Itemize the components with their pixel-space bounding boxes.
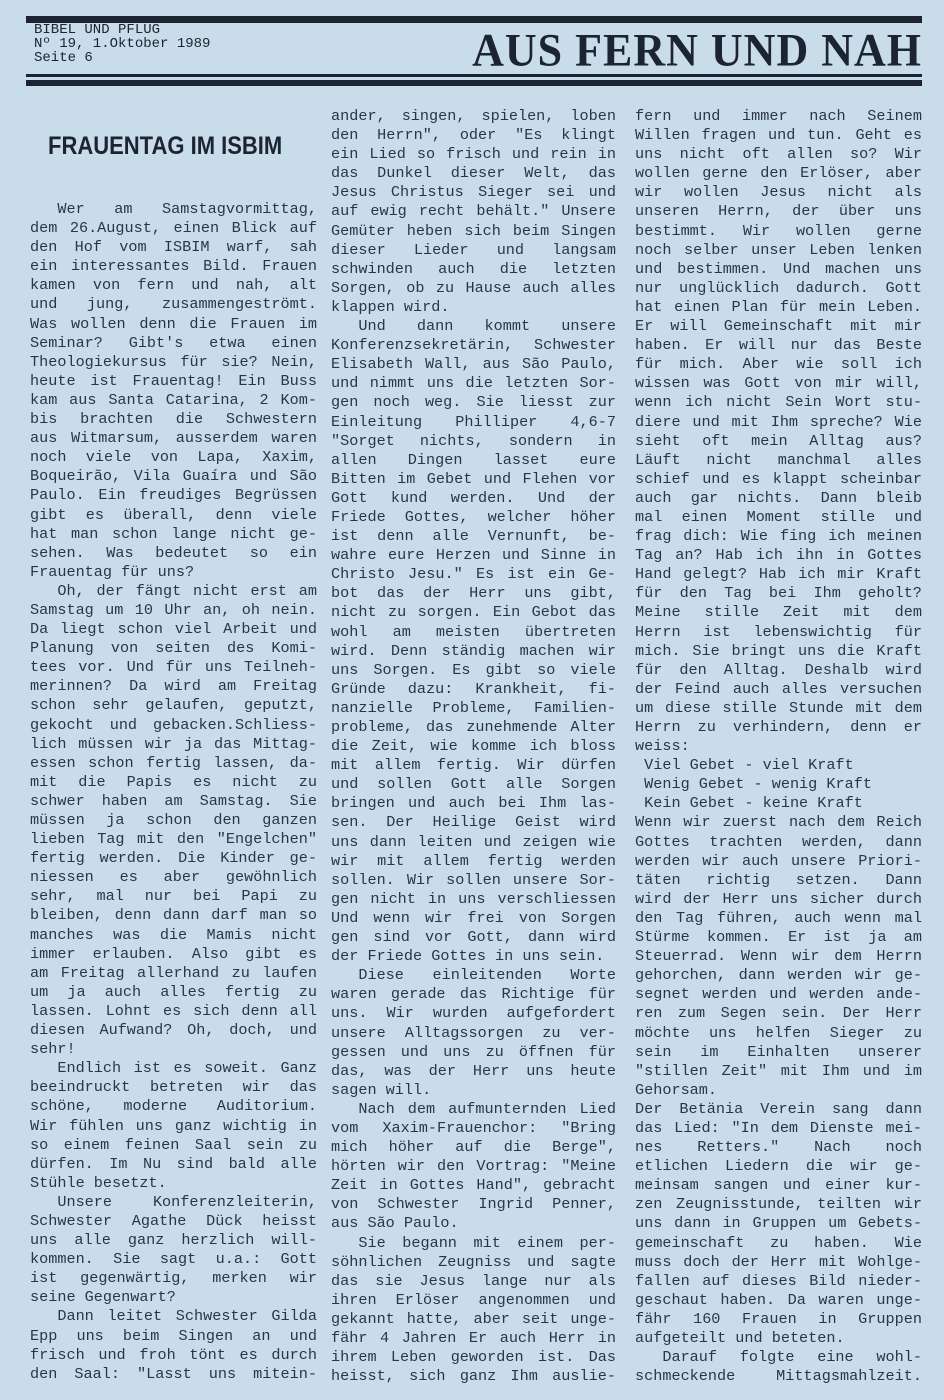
text-line: dieZeit,wiekommeichbloss — [331, 737, 616, 756]
text-line: gensindvorGott,dannwird — [331, 928, 616, 947]
masthead-info: BIBEL UND PFLUG Nº 19, 1.Oktober 1989 Se… — [34, 23, 210, 65]
text-line: bleiben,denndanndarfmanso — [30, 906, 317, 925]
text-line: aufewigrechtbehält."Unsere — [331, 202, 616, 221]
text-line: seine Gegenwart? — [30, 1288, 317, 1307]
text-line: amFreitagallerhandzulaufen — [30, 964, 317, 983]
text-line: nochselberunserLebenlenken — [635, 241, 922, 260]
text-line: fürdenAlltag.Deshalbwird — [635, 661, 922, 680]
text-line: einLiedsofrischundreinin — [331, 145, 616, 164]
text-line: DieseeinleitendenWorte — [331, 966, 616, 985]
text-line: WennwirzuerstnachdemReich — [635, 813, 922, 832]
text-line: ChristoJesu."EsisteinGe- — [331, 565, 616, 584]
text-line: MeinestilleZeitmitdem — [635, 603, 922, 622]
text-line: dem26.August,einenBlickauf — [30, 219, 317, 238]
text-line: Stürmekommen.Eristjaam — [635, 928, 922, 947]
text-line: probleme,daszunehmendeAlter — [331, 718, 616, 737]
text-line: Tagan?HabichihninGottes — [635, 546, 922, 565]
text-line: beeindrucktbetretenwirdas — [30, 1078, 317, 1097]
text-line: FriedeGottes,welcherhöher — [331, 508, 616, 527]
text-line: lassen.Lohntessichdennall — [30, 1002, 317, 1021]
text-line: Frauentag für uns? — [30, 563, 317, 582]
text-line: sollen.WirsollenunsereSor- — [331, 871, 616, 890]
text-line: mussdochderHerrmitWohlge- — [635, 1253, 922, 1272]
text-line: seinimEinhaltenunserer — [635, 1043, 922, 1062]
text-line: EinleitungPhilliper4,6-7 — [331, 413, 616, 432]
text-line: segnetwerdenundwerdenande- — [635, 985, 922, 1004]
text-line: fürmich.Aberwiesollich — [635, 355, 922, 374]
text-line: unsalleganzherzlichwill- — [30, 1231, 317, 1250]
text-line: maleinenMomentstilleund — [635, 508, 922, 527]
text-line: dasLied:"IndemDienstemei- — [635, 1119, 922, 1138]
text-line: mich.SiebringtunsdieKraft — [635, 642, 922, 661]
text-line: unsSorgen.Esgibtsoviele — [331, 661, 616, 680]
text-line: diereundmitIhmspreche?Wie — [635, 413, 922, 432]
text-line: wennichnichtSeinWortstu- — [635, 393, 922, 412]
text-line: nesRetters."Nachnoch — [635, 1138, 922, 1157]
text-line: allenDingenlasseteure — [331, 451, 616, 470]
text-line: "stillenZeit"mitIhmundim — [635, 1062, 922, 1081]
text-line: ihremLebengewordenist.Das — [331, 1348, 616, 1367]
text-line: Herrnistlebenswichtigfür — [635, 623, 922, 642]
text-line: Unddannkommtunsere — [331, 317, 616, 336]
publication-name: BIBEL UND PFLUG — [34, 23, 210, 37]
text-line: wirdderHerrunssicherdurch — [635, 890, 922, 909]
text-line: sehr,malnurbeiPapizu — [30, 887, 317, 906]
text-line: BittenimGebetundFlehenvor — [331, 470, 616, 489]
text-line: schmeckendeMittagsmahlzeit. — [635, 1367, 922, 1386]
text-line: vomXaxim-Frauenchor:"Bring — [331, 1119, 616, 1138]
text-line: ander,singen,spielen,loben — [331, 107, 616, 126]
text-line: Sorgen,obzuHauseauchalles — [331, 279, 616, 298]
text-line: Seminar?Gibt'setwaeinen — [30, 334, 317, 353]
text-line: derFeindauchallesversuchen — [635, 680, 922, 699]
issue-date: Nº 19, 1.Oktober 1989 — [34, 37, 210, 51]
text-line: wirwollenJesusnichtals — [635, 183, 922, 202]
text-line: WaswollendenndieFrauenim — [30, 315, 317, 334]
masthead-top-rule — [26, 16, 922, 23]
text-line: fähr4JahrenErauchHerrin — [331, 1329, 616, 1348]
text-line: Stühle besetzt. — [30, 1174, 317, 1193]
text-line: zenZeugnisstunde,teiltenwir — [635, 1195, 922, 1214]
text-line: müssenjaschondenganzen — [30, 811, 317, 830]
text-line: Samstagum10Uhran,ohnein. — [30, 601, 317, 620]
text-line: ElisabethWall,ausSãoPaulo, — [331, 355, 616, 374]
page-number: Seite 6 — [34, 51, 210, 65]
text-line: nanzielleProbleme,Familien- — [331, 699, 616, 718]
text-line: umdiesestilleStundemitdem — [635, 699, 922, 718]
text-line: unsereAlltagssorgenzuver- — [331, 1024, 616, 1043]
text-line: schwindenauchdieletzten — [331, 260, 616, 279]
text-line: ErwillGemeinschaftmitmir — [635, 317, 922, 336]
text-line: undnimmtunsdieletztenSor- — [331, 374, 616, 393]
text-line: SchwesterAgatheDückheisst — [30, 1212, 317, 1231]
text-line: Viel Gebet - viel Kraft — [635, 756, 922, 775]
text-line: fähr160FraueninGruppen — [635, 1310, 922, 1329]
text-line: mancheswasdieMamisnicht — [30, 926, 317, 945]
text-line: "Sorgetnichts,sondernin — [331, 432, 616, 451]
text-line: sen.DerHeiligeGeistwird — [331, 813, 616, 832]
text-line: etlichenLiederndiewirge- — [635, 1157, 922, 1176]
text-line: EppunsbeimSingenanund — [30, 1327, 317, 1346]
masthead-bottom-rule-thick — [26, 80, 922, 86]
text-line: sehen.Wasbedeutetsoein — [30, 544, 317, 563]
text-line: Kein Gebet - keine Kraft — [635, 794, 922, 813]
text-line: das,wasderHerrunsheute — [331, 1062, 616, 1081]
text-line: frischundfrohtöntesdurch — [30, 1346, 317, 1365]
text-line: Herrnzuverhindern,denner — [635, 718, 922, 737]
text-line: merinnen?DawirdamFreitag — [30, 677, 317, 696]
article-column-3: fernundimmernachSeinemWillenfragenundtun… — [635, 107, 922, 1386]
text-line: Gottkundwerden.Undder — [331, 489, 616, 508]
text-line: bestimmt.Wirwollengerne — [635, 222, 922, 241]
text-line: uns.Wirwurdenaufgefordert — [331, 1004, 616, 1023]
text-line: hatmanschonlangenichtge- — [30, 525, 317, 544]
text-line: JesusChristusSiegerseiund — [331, 183, 616, 202]
text-line: renzumSegensein.DerHerr — [635, 1004, 922, 1023]
text-line: soeinemfeinenSaalseinzu — [30, 1136, 317, 1155]
text-line: diesenAufwand?Oh,doch,und — [30, 1021, 317, 1040]
text-line: GemüterhebensichbeimSingen — [331, 222, 616, 241]
text-line: weiss: — [635, 737, 922, 756]
article-column-1: WeramSamstagvormittag,dem26.August,einen… — [30, 200, 317, 1384]
text-line: schonsehrgelaufen,geputzt, — [30, 696, 317, 715]
text-line: fragdich:Wiefingichmeinen — [635, 527, 922, 546]
text-line: undbestimmen.Undmachenuns — [635, 260, 922, 279]
text-line: fallenaufdiesesBildnieder- — [635, 1272, 922, 1291]
text-line: aufgeteilt und beteten. — [635, 1329, 922, 1348]
text-line: Boqueirão,VilaGuaíraundSão — [30, 467, 317, 486]
text-line: Theologiekursusfürsie?Nein, — [30, 353, 317, 372]
text-line: wissenwasGottvonmirwill, — [635, 374, 922, 393]
text-line: Endlichistessoweit.Ganz — [30, 1059, 317, 1078]
text-line: unserenHerrn,derüberuns — [635, 202, 922, 221]
text-line: Gründedazu:Krankheit,fi- — [331, 680, 616, 699]
text-line: Paulo.EinfreudigesBegrüssen — [30, 486, 317, 505]
text-line: gemeinschaftzuhaben.Wie — [635, 1234, 922, 1253]
text-line: gekannthatte,aberseitunge- — [331, 1310, 616, 1329]
text-line: DerBetäniaVereinsangdann — [635, 1100, 922, 1119]
text-line: bringenundauchbeiIhmlas- — [331, 794, 616, 813]
text-line: dieserLiederundlangsam — [331, 241, 616, 260]
text-line: geschauthaben.Dawarenunge- — [635, 1291, 922, 1310]
section-title: AUS FERN UND NAH — [472, 27, 922, 75]
text-line: niessenesabergewöhnlich — [30, 868, 317, 887]
text-line: Wirfühlenunsganzwichtigin — [30, 1117, 317, 1136]
text-line: aus São Paulo. — [331, 1214, 616, 1233]
text-line: heisst,sichganzIhmauslie- — [331, 1367, 616, 1386]
text-line: sagen will. — [331, 1081, 616, 1100]
text-line: wollengernedenErlöser,aber — [635, 164, 922, 183]
text-line: mitdiePapisesnichtzu — [30, 773, 317, 792]
text-line: denTagführen,auchwennmal — [635, 909, 922, 928]
article-column-2: ander,singen,spielen,lobendenHerrn",oder… — [331, 107, 616, 1386]
text-line: fürdenTagbeiIhmgeholt? — [635, 584, 922, 603]
text-line: werdenwirauchunserePriori- — [635, 852, 922, 871]
text-line: dasDunkeldieserWelt,das — [331, 164, 616, 183]
text-line: ausWitmarsum,ausserdemwaren — [30, 429, 317, 448]
text-line: meinsamsangenundeinerkur- — [635, 1176, 922, 1195]
text-line: Steuerrad.WennwirdemHerrn — [635, 947, 922, 966]
text-line: denHofvomISBIMwarf,sah — [30, 238, 317, 257]
text-line: Oh,derfängtnichterstam — [30, 582, 317, 601]
text-line: PlanungvonseitendesKomi- — [30, 639, 317, 658]
text-line: DaliegtschonvielArbeitund — [30, 620, 317, 639]
text-line: Gehorsam. — [635, 1081, 922, 1100]
text-line: gennochweg.Sieliesstzur — [331, 393, 616, 412]
text-line: dassieJesuslangenurals — [331, 1272, 616, 1291]
text-line: warengeradedasRichtigefür — [331, 985, 616, 1004]
text-line: eininteressantesBild.Frauen — [30, 257, 317, 276]
text-line: UndwennwirfreivonSorgen — [331, 909, 616, 928]
text-line: Handgelegt?HabichmirKraft — [635, 565, 922, 584]
text-line: heuteistFrauentag!EinBuss — [30, 372, 317, 391]
text-line: teesvor.UndfürunsTeilneh- — [30, 658, 317, 677]
text-line: botdasderHerrunsgibt, — [331, 584, 616, 603]
text-line: unsnichtoftallenso?Wir — [635, 145, 922, 164]
text-line: Siebegannmiteinemper- — [331, 1234, 616, 1253]
text-line: gehorchen,dannwerdenwirge- — [635, 966, 922, 985]
text-line: DannleitetSchwesterGilda — [30, 1307, 317, 1326]
text-line: hörtenwirdenVortrag:"Meine — [331, 1157, 616, 1176]
text-line: nurunglücklichdadurch.Gott — [635, 279, 922, 298]
text-line: ihrenErlöserangenommenund — [331, 1291, 616, 1310]
text-line: unsdanninGruppenumGebets- — [635, 1214, 922, 1233]
text-line: söhnlichenZeugnissundsagte — [331, 1253, 616, 1272]
text-line: gibtesüberall,dennviele — [30, 506, 317, 525]
text-line: sehr! — [30, 1040, 317, 1059]
text-line: Wenig Gebet - wenig Kraft — [635, 775, 922, 794]
text-line: istgegenwärtig,merkenwir — [30, 1269, 317, 1288]
text-line: gessenundunszuöffnenfür — [331, 1043, 616, 1062]
text-line: liebenTagmitden"Engelchen" — [30, 830, 317, 849]
text-line: kommen.Siesagtu.a.:Gott — [30, 1250, 317, 1269]
text-line: kamenvonfernundnah,alt — [30, 276, 317, 295]
text-line: hateinenPlanfürmeinLeben. — [635, 298, 922, 317]
text-line: umjaauchallesfertigzu — [30, 983, 317, 1002]
text-line: michhöheraufdieBerge", — [331, 1138, 616, 1157]
text-line: Läuftnichtmanchmalalles — [635, 451, 922, 470]
text-line: mitallemfertig.Wirdürfen — [331, 756, 616, 775]
text-line: auchgarnichts.Dannbleib — [635, 489, 922, 508]
text-line: Konferenzsekretärin,Schwester — [331, 336, 616, 355]
text-line: nichtzusorgen.EinGebotdas — [331, 603, 616, 622]
text-line: Willenfragenundtun.Gehtes — [635, 126, 922, 145]
text-line: wirmitallemfertigwerden — [331, 852, 616, 871]
text-line: undsollenGottalleSorgen — [331, 775, 616, 794]
text-line: istdennalleVernunft,be- — [331, 527, 616, 546]
text-line: gennichtinunsverschliessen — [331, 890, 616, 909]
text-line: fertigwerden.DieKinderge- — [30, 849, 317, 868]
text-line: gekochtundgebacken.Schliess- — [30, 716, 317, 735]
text-line: schöne,moderneAuditorium. — [30, 1097, 317, 1116]
text-line: essenschonfertiglassen,da- — [30, 754, 317, 773]
text-line: bisbrachtendieSchwestern — [30, 410, 317, 429]
text-line: siehtoftmeinAlltagaus? — [635, 432, 922, 451]
article-title: FRAUENTAG IM ISBIM — [48, 132, 282, 161]
text-line: ZeitinGottesHand",gebracht — [331, 1176, 616, 1195]
text-line: immererlauben.Alsogibtes — [30, 945, 317, 964]
text-line: klappen wird. — [331, 298, 616, 317]
text-line: unsdannleitenundzeigenwie — [331, 833, 616, 852]
text-line: schwerhabenamSamstag.Sie — [30, 792, 317, 811]
text-line: UnsereKonferenzleiterin, — [30, 1193, 317, 1212]
text-line: schiefundesklapptscheinbar — [635, 470, 922, 489]
text-line: wird.Dennständigmachenwir — [331, 642, 616, 661]
text-line: wahreeureHerzenundSinnein — [331, 546, 616, 565]
text-line: möchteunshelfenSiegerzu — [635, 1024, 922, 1043]
masthead-bottom-rule-thin — [26, 74, 922, 77]
text-line: wohlammeistenübertreten — [331, 623, 616, 642]
text-line: fernundimmernachSeinem — [635, 107, 922, 126]
newspaper-page: BIBEL UND PFLUG Nº 19, 1.Oktober 1989 Se… — [0, 0, 944, 1400]
text-line: WeramSamstagvormittag, — [30, 200, 317, 219]
text-line: haben.ErwillnurdasBeste — [635, 336, 922, 355]
text-line: denHerrn",oder"Esklingt — [331, 126, 616, 145]
text-line: Gottestrachtenwerden,dann — [635, 833, 922, 852]
text-line: dürfen.ImNusindbaldalle — [30, 1155, 317, 1174]
text-line: kamausSantaCatarina,2Kom- — [30, 391, 317, 410]
text-line: lichmüssenwirjadasMittag- — [30, 735, 317, 754]
text-line: Darauffolgteeinewohl- — [635, 1348, 922, 1367]
text-line: vonSchwesterIngridPenner, — [331, 1195, 616, 1214]
text-line: NachdemaufmunterndenLied — [331, 1100, 616, 1119]
text-line: undjung,zusammengeströmt. — [30, 295, 317, 314]
text-line: denSaal:"Lasstunsmitein- — [30, 1365, 317, 1384]
text-line: der Friede Gottes in uns sein. — [331, 947, 616, 966]
text-line: tätenrichtigsetzen.Dann — [635, 871, 922, 890]
text-line: nochvielevonLapa,Xaxim, — [30, 448, 317, 467]
